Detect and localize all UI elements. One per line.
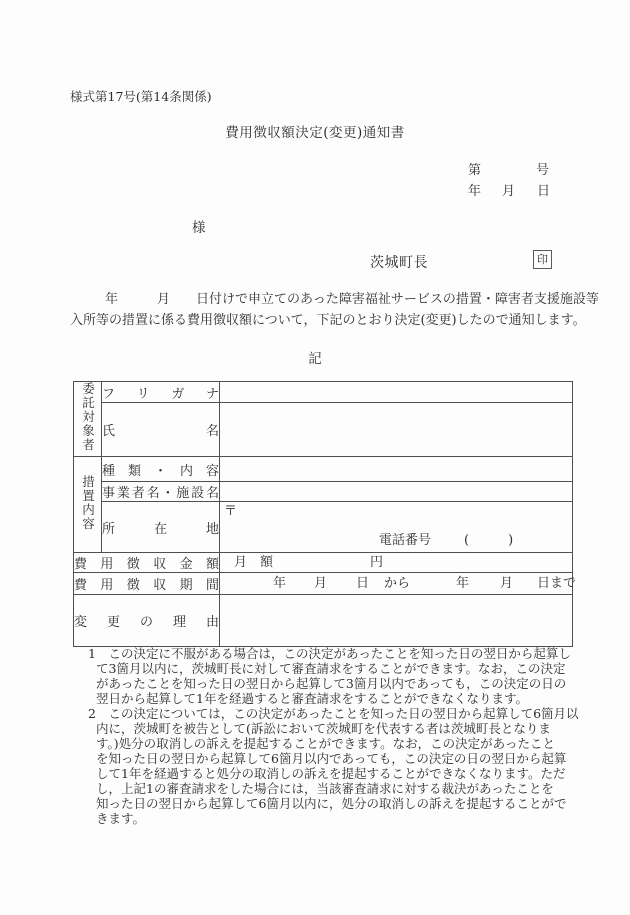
doc-number-go: 号 xyxy=(536,159,549,178)
note-line: し，上記1の審査請求をした場合には，当該審査請求に対する裁決があったことを xyxy=(96,781,574,796)
yen-label: 円 xyxy=(370,556,383,570)
phone-label: 電話番号 xyxy=(379,534,431,548)
note-line: を知った日の翌日から起算して6箇月以内であっても，この決定の日の翌日から起算 xyxy=(96,751,574,766)
cell-name-value xyxy=(220,403,573,457)
form-table-container: 委託対象者 フ リ ガ ナ 氏 名 措置内容 種 類 ・ 内 容 事業者名・施設… xyxy=(73,381,573,647)
note-line: があったことを知った日の翌日から起算して3箇月以内であっても，この決定の日の xyxy=(96,676,574,691)
body-line: 年 月 日付けで申立てのあった障害福祉サービスの措置・障害者支援施設等 xyxy=(70,289,563,310)
cell-fee-period-value: 年 月 日 から 年 月 日まで xyxy=(220,573,573,595)
note-line: す。)処分の取消しの訴えを提起することができます。なお，この決定があったこと xyxy=(96,736,574,751)
monthly-amount-label: 月 額 xyxy=(234,556,273,570)
period-day-made: 日まで xyxy=(537,577,576,591)
addressee-suffix: 様 xyxy=(192,216,206,236)
issuer-name: 茨城町長 xyxy=(370,252,428,272)
label-furigana: フ リ ガ ナ xyxy=(102,382,220,403)
doc-number-dai: 第 xyxy=(468,159,481,178)
cell-change-reason-value xyxy=(220,595,573,647)
label-fee-period: 費 用 徴 収 期 間 xyxy=(74,573,220,595)
period-month-from: 月 xyxy=(314,577,327,591)
date-day-label: 日 xyxy=(537,180,550,199)
cell-fee-amount-value: 月 額 円 xyxy=(220,553,573,573)
label-change-reason: 変 更 の 理 由 xyxy=(74,595,220,647)
row-group-consignee: 委託対象者 xyxy=(74,382,102,457)
period-day-from: 日 xyxy=(356,577,369,591)
ki-heading: 記 xyxy=(0,347,630,367)
label-name: 氏 名 xyxy=(102,403,220,457)
document-page: 様式第17号(第14条関係) 費用徴収額決定(変更)通知書 第 号 年 月 日 … xyxy=(0,0,630,915)
date-month-label: 月 xyxy=(502,180,515,199)
note-line: して1年を経過すると処分の取消しの訴えを提起することができなくなります。ただ xyxy=(96,766,574,781)
note-line: 内に，茨城町を被告として(訴訟において茨城町を代表する者は茨城町長となりま xyxy=(96,721,574,736)
postal-mark: 〒 xyxy=(224,505,237,519)
phone-parens: ( ) xyxy=(464,534,513,548)
note-line: きます。 xyxy=(96,811,574,826)
note-line: 1 この決定に不服がある場合は，この決定があったことを知った日の翌日から起算し xyxy=(96,646,574,661)
note-2: 2 この決定については，この決定があったことを知った日の翌日から起算して6箇月以… xyxy=(88,706,574,826)
note-1: 1 この決定に不服がある場合は，この決定があったことを知った日の翌日から起算し … xyxy=(88,646,574,706)
note-line: 翌日から起算して1年を経過すると審査請求をすることができなくなります。 xyxy=(96,691,574,706)
period-month-to: 月 xyxy=(500,577,513,591)
document-title: 費用徴収額決定(変更)通知書 xyxy=(0,121,630,141)
row-group-measure-label: 措置内容 xyxy=(79,475,97,531)
cell-furigana-value xyxy=(220,382,573,403)
note-line: 2 この決定については，この決定があったことを知った日の翌日から起算して6箇月以 xyxy=(96,706,574,721)
cell-provider-facility-value xyxy=(220,482,573,502)
label-type-content: 種 類 ・ 内 容 xyxy=(102,457,220,482)
row-group-measure: 措置内容 xyxy=(74,457,102,553)
body-paragraph: 年 月 日付けで申立てのあった障害福祉サービスの措置・障害者支援施設等 入所等の… xyxy=(70,289,563,331)
label-address: 所 在 地 xyxy=(102,502,220,553)
period-year-to: 年 xyxy=(456,577,469,591)
form-number: 様式第17号(第14条関係) xyxy=(70,87,212,105)
row-group-consignee-label: 委託対象者 xyxy=(79,382,97,452)
label-fee-amount: 費 用 徴 収 金 額 xyxy=(74,553,220,573)
period-kara: から xyxy=(384,577,410,591)
notes-section: 1 この決定に不服がある場合は，この決定があったことを知った日の翌日から起算し … xyxy=(88,646,574,826)
body-line: 入所等の措置に係る費用徴収額について，下記のとおり決定(変更)したので通知します… xyxy=(70,310,563,331)
cell-type-content-value xyxy=(220,457,573,482)
note-line: 知った日の翌日から起算して6箇月以内に，処分の取消しの訴えを提起することがで xyxy=(96,796,574,811)
period-year-from: 年 xyxy=(273,577,286,591)
date-year-label: 年 xyxy=(468,180,481,199)
label-provider-facility: 事業者名・施設名 xyxy=(102,482,220,502)
cell-address-value: 〒 電話番号 ( ) xyxy=(220,502,573,553)
form-table: 委託対象者 フ リ ガ ナ 氏 名 措置内容 種 類 ・ 内 容 事業者名・施設… xyxy=(73,381,573,647)
seal-mark: 印 xyxy=(533,250,552,269)
note-line: て3箇月以内に，茨城町長に対して審査請求をすることができます。なお，この決定 xyxy=(96,661,574,676)
